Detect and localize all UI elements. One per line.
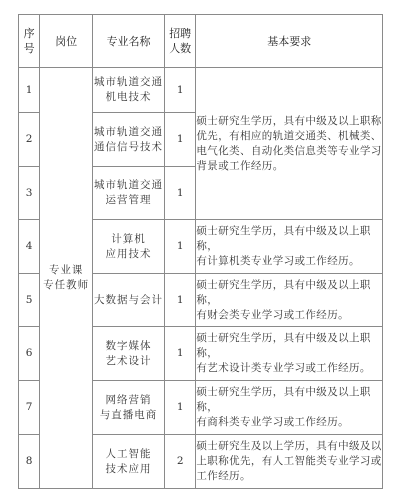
major-cell: 计算机 应用技术 xyxy=(93,220,165,274)
row-number: 3 xyxy=(19,167,40,220)
row-number: 7 xyxy=(19,381,40,435)
header-no: 序 号 xyxy=(19,15,40,68)
major-cell: 网络营销 与直播电商 xyxy=(93,381,165,435)
row-number: 2 xyxy=(19,113,40,167)
count-cell: 1 xyxy=(164,167,195,220)
major-cell: 大数据与会计 xyxy=(93,274,165,327)
count-cell: 1 xyxy=(164,381,195,435)
major-cell: 城市轨道交通 运营管理 xyxy=(93,167,165,220)
requirements-cell: 硕士研究生学历，具有中级及以上职称 优先，有相应的轨道交通类、机械类、 电气化类… xyxy=(196,68,383,220)
count-cell: 1 xyxy=(164,327,195,381)
row-number: 1 xyxy=(19,68,40,113)
header-major: 专业名称 xyxy=(93,15,165,68)
row-number: 6 xyxy=(19,327,40,381)
header-position: 岗位 xyxy=(40,15,93,68)
position-cell: 专业课 专任教师 xyxy=(40,68,93,489)
requirements-cell: 硕士研究生学历，具有中级及以上职称， 有商科类专业学习或工作经历。 xyxy=(196,381,383,435)
requirements-cell: 硕士研究生学历，具有中级及以上职称， 有艺术设计类专业学习或工作经历。 xyxy=(196,327,383,381)
requirements-cell: 硕士研究生学历，具有中级及以上职称， 有财会类专业学习或工作经历。 xyxy=(196,274,383,327)
table-row: 1 专业课 专任教师 城市轨道交通 机电技术 1 硕士研究生学历，具有中级及以上… xyxy=(19,68,383,113)
count-cell: 1 xyxy=(164,274,195,327)
count-cell: 2 xyxy=(164,435,195,489)
table-header-row: 序 号 岗位 专业名称 招聘 人数 基本要求 xyxy=(19,15,383,68)
major-cell: 人工智能 技术应用 xyxy=(93,435,165,489)
major-cell: 数字媒体 艺术设计 xyxy=(93,327,165,381)
count-cell: 1 xyxy=(164,113,195,167)
recruitment-table: 序 号 岗位 专业名称 招聘 人数 基本要求 1 专业课 专任教师 城市轨道交通… xyxy=(18,14,383,489)
major-cell: 城市轨道交通 机电技术 xyxy=(93,68,165,113)
row-number: 8 xyxy=(19,435,40,489)
header-requirements: 基本要求 xyxy=(196,15,383,68)
requirements-cell: 硕士研究生学历，具有中级及以上职称， 有计算机类专业学习或工作经历。 xyxy=(196,220,383,274)
row-number: 5 xyxy=(19,274,40,327)
count-cell: 1 xyxy=(164,68,195,113)
requirements-cell: 硕士研究生及以上学历，具有中级及以 上职称优先，有人工智能类专业学习或 工作经历… xyxy=(196,435,383,489)
header-count: 招聘 人数 xyxy=(164,15,195,68)
count-cell: 1 xyxy=(164,220,195,274)
row-number: 4 xyxy=(19,220,40,274)
major-cell: 城市轨道交通 通信信号技术 xyxy=(93,113,165,167)
